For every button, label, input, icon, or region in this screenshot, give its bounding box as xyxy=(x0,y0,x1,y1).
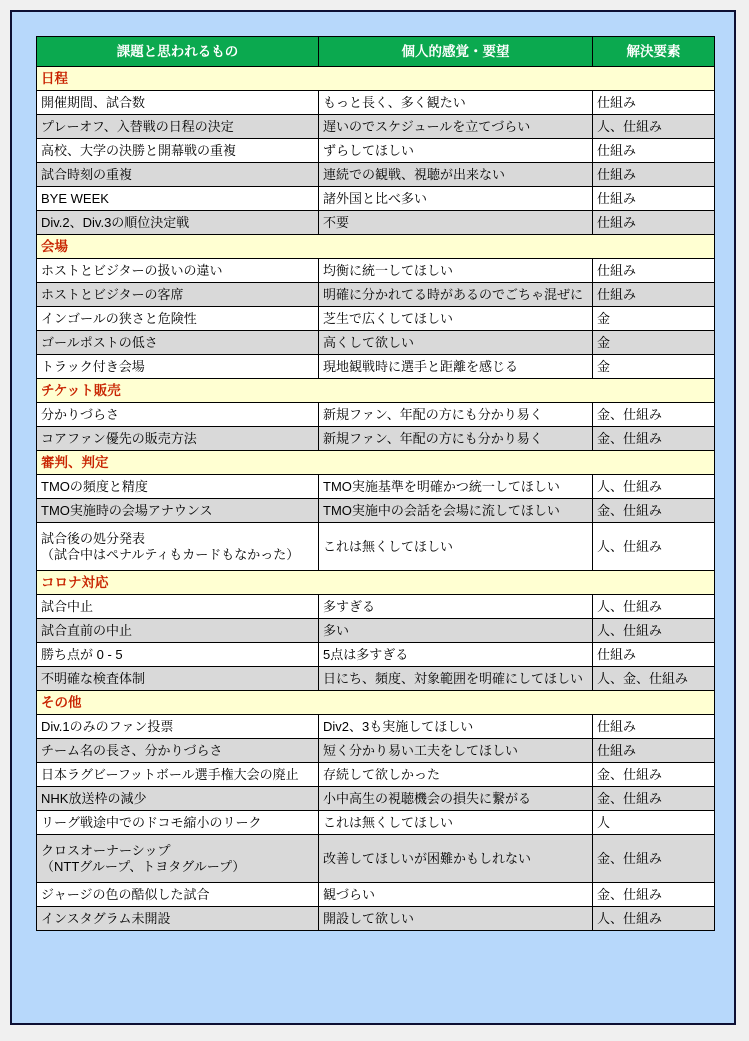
solution-cell: 仕組み xyxy=(593,259,715,283)
solution-cell: 仕組み xyxy=(593,643,715,667)
solution-cell: 金、仕組み xyxy=(593,787,715,811)
feeling-cell: 開設して欲しい xyxy=(319,907,593,931)
issue-cell: 試合中止 xyxy=(37,595,319,619)
issue-cell: Div.1のみのファン投票 xyxy=(37,715,319,739)
table-row: TMOの頻度と精度TMO実施基準を明確かつ統一してほしい人、仕組み xyxy=(37,475,715,499)
table-row: チーム名の長さ、分かりづらさ短く分かり易い工夫をしてほしい仕組み xyxy=(37,739,715,763)
section-row: 審判、判定 xyxy=(37,451,715,475)
table-row: インスタグラム未開設開設して欲しい人、仕組み xyxy=(37,907,715,931)
solution-cell: 人 xyxy=(593,811,715,835)
feeling-cell: 諸外国と比べ多い xyxy=(319,187,593,211)
feeling-cell: 現地観戦時に選手と距離を感じる xyxy=(319,355,593,379)
solution-cell: 人、仕組み xyxy=(593,475,715,499)
issue-cell: クロスオーナーシップ （NTTグループ、トヨタグループ） xyxy=(37,835,319,883)
issue-cell: ジャージの色の酷似した試合 xyxy=(37,883,319,907)
issue-cell: 試合時刻の重複 xyxy=(37,163,319,187)
issue-cell: 勝ち点が 0 - 5 xyxy=(37,643,319,667)
table-row: ホストとビジターの客席明確に分かれてる時があるのでごちゃ混ぜに仕組み xyxy=(37,283,715,307)
solution-cell: 仕組み xyxy=(593,91,715,115)
issue-cell: トラック付き会場 xyxy=(37,355,319,379)
feeling-cell: ずらしてほしい xyxy=(319,139,593,163)
table-row: プレーオフ、入替戦の日程の決定遅いのでスケジュールを立てづらい人、仕組み xyxy=(37,115,715,139)
feeling-cell: これは無くしてほしい xyxy=(319,523,593,571)
solution-cell: 金、仕組み xyxy=(593,883,715,907)
solution-cell: 仕組み xyxy=(593,139,715,163)
issue-cell: TMO実施時の会場アナウンス xyxy=(37,499,319,523)
table-row: 高校、大学の決勝と開幕戦の重複ずらしてほしい仕組み xyxy=(37,139,715,163)
issue-cell: 高校、大学の決勝と開幕戦の重複 xyxy=(37,139,319,163)
issues-table: 課題と思われるもの 個人的感覚・要望 解決要素 日程開催期間、試合数もっと長く、… xyxy=(36,36,715,931)
solution-cell: 仕組み xyxy=(593,283,715,307)
feeling-cell: 改善してほしいが困難かもしれない xyxy=(319,835,593,883)
table-row: 分かりづらさ新規ファン、年配の方にも分かり易く金、仕組み xyxy=(37,403,715,427)
issue-cell: インスタグラム未開設 xyxy=(37,907,319,931)
section-title: その他 xyxy=(37,691,715,715)
table-row: 開催期間、試合数もっと長く、多く観たい仕組み xyxy=(37,91,715,115)
table-row: 日本ラグビーフットボール選手権大会の廃止存続して欲しかった金、仕組み xyxy=(37,763,715,787)
issue-cell: ホストとビジターの扱いの違い xyxy=(37,259,319,283)
table-row: 試合後の処分発表 （試合中はペナルティもカードもなかった）これは無くしてほしい人… xyxy=(37,523,715,571)
issue-cell: 分かりづらさ xyxy=(37,403,319,427)
table-row: インゴールの狭さと危険性芝生で広くしてほしい金 xyxy=(37,307,715,331)
feeling-cell: もっと長く、多く観たい xyxy=(319,91,593,115)
table-row: リーグ戦途中でのドコモ縮小のリークこれは無くしてほしい人 xyxy=(37,811,715,835)
section-title: チケット販売 xyxy=(37,379,715,403)
issue-cell: Div.2、Div.3の順位決定戦 xyxy=(37,211,319,235)
solution-cell: 金、仕組み xyxy=(593,835,715,883)
solution-cell: 人、金、仕組み xyxy=(593,667,715,691)
section-title: コロナ対応 xyxy=(37,571,715,595)
issue-cell: コアファン優先の販売方法 xyxy=(37,427,319,451)
solution-cell: 金、仕組み xyxy=(593,763,715,787)
feeling-cell: 新規ファン、年配の方にも分かり易く xyxy=(319,427,593,451)
feeling-cell: 5点は多すぎる xyxy=(319,643,593,667)
section-row: 会場 xyxy=(37,235,715,259)
section-title: 会場 xyxy=(37,235,715,259)
feeling-cell: 小中高生の視聴機会の損失に繋がる xyxy=(319,787,593,811)
solution-cell: 人、仕組み xyxy=(593,523,715,571)
solution-cell: 仕組み xyxy=(593,187,715,211)
issue-cell: チーム名の長さ、分かりづらさ xyxy=(37,739,319,763)
issue-cell: BYE WEEK xyxy=(37,187,319,211)
solution-cell: 仕組み xyxy=(593,211,715,235)
feeling-cell: 芝生で広くしてほしい xyxy=(319,307,593,331)
solution-cell: 金 xyxy=(593,331,715,355)
issue-cell: 開催期間、試合数 xyxy=(37,91,319,115)
solution-cell: 人、仕組み xyxy=(593,907,715,931)
table-row: クロスオーナーシップ （NTTグループ、トヨタグループ）改善してほしいが困難かも… xyxy=(37,835,715,883)
issue-cell: ゴールポストの低さ xyxy=(37,331,319,355)
issue-cell: TMOの頻度と精度 xyxy=(37,475,319,499)
table-row: ジャージの色の酷似した試合観づらい金、仕組み xyxy=(37,883,715,907)
section-row: その他 xyxy=(37,691,715,715)
feeling-cell: 短く分かり易い工夫をしてほしい xyxy=(319,739,593,763)
solution-cell: 仕組み xyxy=(593,163,715,187)
feeling-cell: 存続して欲しかった xyxy=(319,763,593,787)
issue-cell: プレーオフ、入替戦の日程の決定 xyxy=(37,115,319,139)
table-row: NHK放送枠の減少小中高生の視聴機会の損失に繋がる金、仕組み xyxy=(37,787,715,811)
table-row: BYE WEEK諸外国と比べ多い仕組み xyxy=(37,187,715,211)
issue-cell: ホストとビジターの客席 xyxy=(37,283,319,307)
table-row: 不明確な検査体制日にち、頻度、対象範囲を明確にしてほしい人、金、仕組み xyxy=(37,667,715,691)
table-row: TMO実施時の会場アナウンスTMO実施中の会話を会場に流してほしい金、仕組み xyxy=(37,499,715,523)
solution-cell: 人、仕組み xyxy=(593,115,715,139)
section-title: 日程 xyxy=(37,67,715,91)
issue-cell: 試合直前の中止 xyxy=(37,619,319,643)
issue-cell: インゴールの狭さと危険性 xyxy=(37,307,319,331)
table-row: トラック付き会場現地観戦時に選手と距離を感じる金 xyxy=(37,355,715,379)
solution-cell: 金、仕組み xyxy=(593,427,715,451)
table-row: ホストとビジターの扱いの違い均衡に統一してほしい仕組み xyxy=(37,259,715,283)
feeling-cell: Div2、3も実施してほしい xyxy=(319,715,593,739)
table-row: 試合時刻の重複連続での観戦、視聴が出来ない仕組み xyxy=(37,163,715,187)
feeling-cell: 新規ファン、年配の方にも分かり易く xyxy=(319,403,593,427)
issue-cell: 試合後の処分発表 （試合中はペナルティもカードもなかった） xyxy=(37,523,319,571)
issue-cell: NHK放送枠の減少 xyxy=(37,787,319,811)
column-header-solution: 解決要素 xyxy=(593,37,715,67)
solution-cell: 仕組み xyxy=(593,739,715,763)
feeling-cell: 多すぎる xyxy=(319,595,593,619)
section-row: チケット販売 xyxy=(37,379,715,403)
feeling-cell: 観づらい xyxy=(319,883,593,907)
issue-cell: リーグ戦途中でのドコモ縮小のリーク xyxy=(37,811,319,835)
solution-cell: 金、仕組み xyxy=(593,499,715,523)
header-row: 課題と思われるもの 個人的感覚・要望 解決要素 xyxy=(37,37,715,67)
table-row: ゴールポストの低さ高くして欲しい金 xyxy=(37,331,715,355)
solution-cell: 金 xyxy=(593,307,715,331)
section-title: 審判、判定 xyxy=(37,451,715,475)
table-row: Div.2、Div.3の順位決定戦不要仕組み xyxy=(37,211,715,235)
feeling-cell: TMO実施中の会話を会場に流してほしい xyxy=(319,499,593,523)
table-row: コアファン優先の販売方法新規ファン、年配の方にも分かり易く金、仕組み xyxy=(37,427,715,451)
table-row: Div.1のみのファン投票Div2、3も実施してほしい仕組み xyxy=(37,715,715,739)
section-row: コロナ対応 xyxy=(37,571,715,595)
feeling-cell: 連続での観戦、視聴が出来ない xyxy=(319,163,593,187)
issue-cell: 不明確な検査体制 xyxy=(37,667,319,691)
solution-cell: 人、仕組み xyxy=(593,595,715,619)
solution-cell: 金 xyxy=(593,355,715,379)
feeling-cell: 高くして欲しい xyxy=(319,331,593,355)
feeling-cell: これは無くしてほしい xyxy=(319,811,593,835)
feeling-cell: 日にち、頻度、対象範囲を明確にしてほしい xyxy=(319,667,593,691)
section-row: 日程 xyxy=(37,67,715,91)
content-panel: 課題と思われるもの 個人的感覚・要望 解決要素 日程開催期間、試合数もっと長く、… xyxy=(10,10,736,1025)
solution-cell: 仕組み xyxy=(593,715,715,739)
solution-cell: 金、仕組み xyxy=(593,403,715,427)
feeling-cell: TMO実施基準を明確かつ統一してほしい xyxy=(319,475,593,499)
feeling-cell: 不要 xyxy=(319,211,593,235)
feeling-cell: 明確に分かれてる時があるのでごちゃ混ぜに xyxy=(319,283,593,307)
feeling-cell: 多い xyxy=(319,619,593,643)
feeling-cell: 遅いのでスケジュールを立てづらい xyxy=(319,115,593,139)
table-row: 試合直前の中止多い人、仕組み xyxy=(37,619,715,643)
table-row: 勝ち点が 0 - 55点は多すぎる仕組み xyxy=(37,643,715,667)
table-row: 試合中止多すぎる人、仕組み xyxy=(37,595,715,619)
feeling-cell: 均衡に統一してほしい xyxy=(319,259,593,283)
column-header-issue: 課題と思われるもの xyxy=(37,37,319,67)
column-header-feeling: 個人的感覚・要望 xyxy=(319,37,593,67)
issue-cell: 日本ラグビーフットボール選手権大会の廃止 xyxy=(37,763,319,787)
solution-cell: 人、仕組み xyxy=(593,619,715,643)
